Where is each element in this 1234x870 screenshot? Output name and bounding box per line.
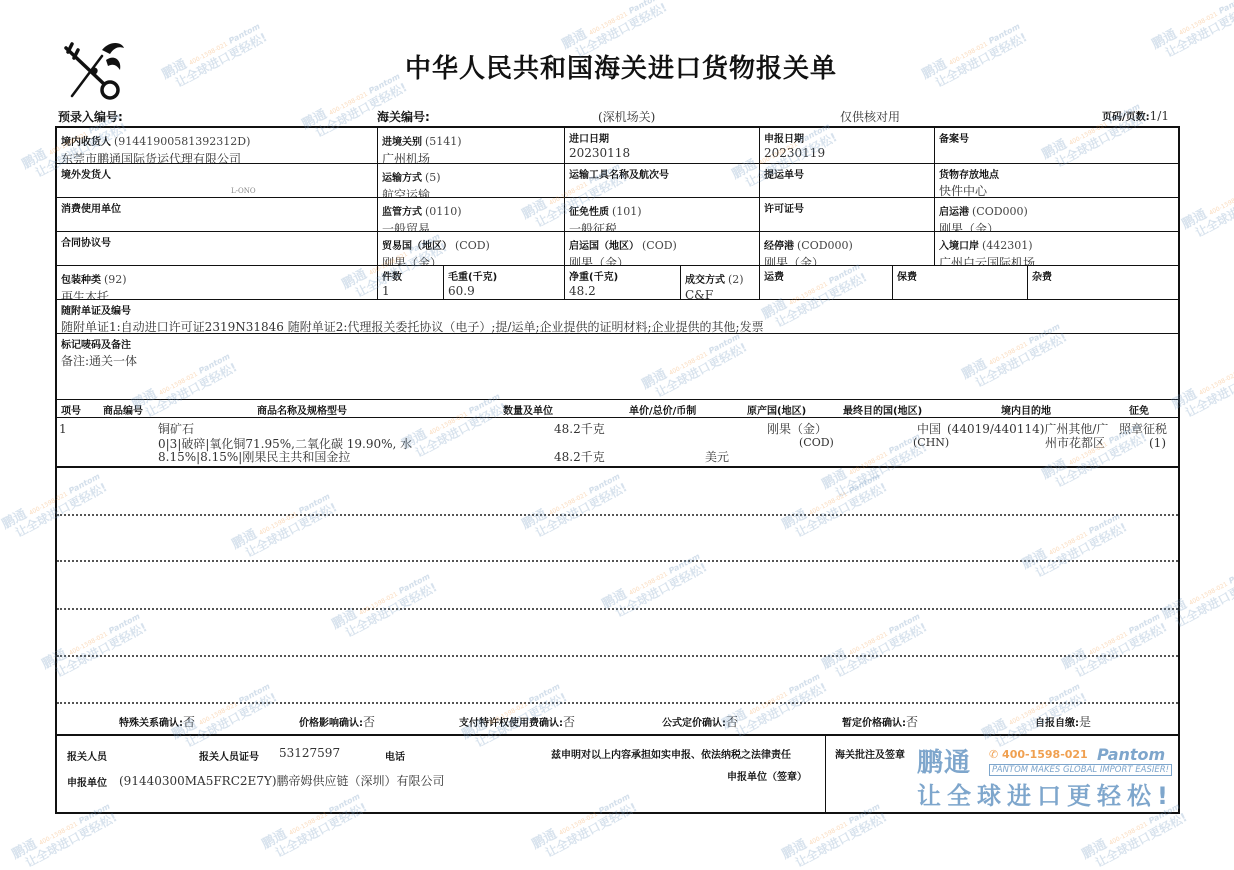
declaration-form: 境内收货人(91441900581392312D) 东莞市鹏通国际货运代理有限公…	[55, 126, 1180, 814]
empty-row-divider	[57, 608, 1178, 610]
levy-nature-cell: 征免性质(101) 一般征税	[565, 198, 760, 232]
goods-row-divider	[57, 466, 1178, 468]
confirm-provisional-price: 暂定价格确认:否	[842, 713, 918, 730]
contract-no-cell: 合同协议号	[57, 232, 378, 266]
declaring-unit-label: 申报单位	[67, 774, 107, 789]
declarant-cert-value: 53127597	[279, 746, 340, 760]
watermark: 鹏通400-1598-021Pantom让全球进口更轻松!	[160, 19, 269, 93]
declare-date-cell: 申报日期 20230119	[760, 128, 935, 164]
watermark: 鹏通400-1598-021Pantom让全球进口更轻松!	[1180, 169, 1234, 243]
phone-label: 电话	[385, 748, 405, 763]
col-levy: 征免	[1129, 402, 1149, 417]
brand-name: 鹏通	[917, 742, 971, 779]
net-weight-cell: 净重(千克) 48.2	[565, 266, 681, 300]
storage-place-cell: 货物存放地点 快件中心	[935, 164, 1178, 198]
sign-label: 申报单位（签章）	[727, 768, 807, 783]
package-type-cell: 包装种类(92) 再生木托	[57, 266, 378, 300]
col-origin: 原产国(地区)	[747, 402, 806, 417]
col-item-no: 项号	[61, 402, 81, 417]
departure-country-cell: 启运国（地区）(COD) 刚果（金）	[565, 232, 760, 266]
col-hs-code: 商品编号	[103, 402, 143, 417]
declarant-cert-label: 报关人员证号	[199, 748, 259, 763]
supervision-mode-cell: 监管方式(0110) 一般贸易	[378, 198, 565, 232]
pieces-cell: 件数 1	[378, 266, 444, 300]
transport-name-cell: 运输工具名称及航次号	[565, 164, 760, 198]
footer-divider	[57, 734, 1178, 736]
transport-mode-cell: 运输方式(5) 航空运输	[378, 164, 565, 198]
customs-office: (深机场关)	[598, 108, 655, 125]
verification-note: 仅供核对用	[840, 108, 900, 125]
phone-icon: ✆	[989, 748, 1002, 761]
customs-approval-label: 海关批注及签章	[835, 746, 905, 761]
marks-remarks-cell: 标记唛码及备注 备注:通关一体	[57, 334, 1178, 400]
col-name-spec: 商品名称及规格型号	[257, 402, 347, 417]
attached-docs-cell: 随附单证及编号 随附单证1:自动进口许可证2319N31846 随附单证2:代理…	[57, 300, 1178, 334]
page-label: 页码/页数:	[1102, 112, 1150, 123]
entry-port-cell: 入境口岸(442301) 广州白云国际机场	[935, 232, 1178, 266]
insurance-cell: 保费	[893, 266, 1028, 300]
consignee-value: 东莞市鹏通国际货运代理有限公司	[61, 150, 373, 164]
page-value: 1/1	[1150, 109, 1169, 123]
brand-tagline: PANTOM MAKES GLOBAL IMPORT EASIER!	[989, 764, 1172, 776]
watermark: 鹏通400-1598-021Pantom让全球进口更轻松!	[1150, 0, 1234, 63]
consumer-unit-cell: 消费使用单位	[57, 198, 378, 232]
confirm-price-influence: 价格影响确认:否	[299, 713, 375, 730]
transit-port-cell: 经停港(COD000) 刚果（金）	[760, 232, 935, 266]
footer-vertical-divider	[825, 734, 826, 814]
import-date-cell: 进口日期 20230118	[565, 128, 760, 164]
watermark: 鹏通400-1598-021Pantom让全球进口更轻松!	[920, 19, 1029, 93]
pre-entry-no-label: 预录入编号:	[58, 108, 123, 125]
legal-statement: 兹申明对以上内容承担如实申报、依法纳税之法律责任	[551, 746, 791, 761]
freight-cell: 运费	[760, 266, 893, 300]
record-no-cell: 备案号	[935, 128, 1178, 164]
license-no-cell: 许可证号	[760, 198, 935, 232]
entry-customs-cell: 进境关别(5141) 广州机场	[378, 128, 565, 164]
empty-row-divider	[57, 514, 1178, 516]
consignee-cell: 境内收货人(91441900581392312D) 东莞市鹏通国际货运代理有限公…	[57, 128, 378, 164]
page-indicator: 页码/页数:1/1	[1102, 108, 1169, 123]
departure-port-cell: 启运港(COD000) 刚果（金）	[935, 198, 1178, 232]
empty-row-divider	[57, 702, 1178, 704]
bill-of-lading-cell: 提运单号	[760, 164, 935, 198]
brand-slogan: 让全球进口更轻松!	[917, 776, 1174, 811]
col-quantity: 数量及单位	[503, 402, 553, 417]
misc-fee-cell: 杂费	[1028, 266, 1178, 300]
confirm-formula-pricing: 公式定价确认:否	[662, 713, 738, 730]
goods-header-divider	[57, 417, 1178, 418]
confirm-royalty: 支付特许权使用费确认:否	[459, 713, 575, 730]
empty-row-divider	[57, 560, 1178, 562]
overseas-shipper-cell: 境外发货人 L-ONO	[57, 164, 378, 198]
gross-weight-cell: 毛重(千克) 60.9	[444, 266, 565, 300]
confirm-self-declare: 自报自缴:是	[1035, 713, 1091, 730]
declarant-label: 报关人员	[67, 748, 107, 763]
col-price: 单价/总价/币制	[629, 402, 696, 417]
trade-country-cell: 贸易国（地区）(COD) 刚果（金）	[378, 232, 565, 266]
empty-row-divider	[57, 655, 1178, 657]
brand-phone: ✆ 400-1598-021	[989, 748, 1088, 761]
document-title: 中华人民共和国海关进口货物报关单	[405, 48, 837, 85]
brand-english: Pantom	[1097, 745, 1165, 764]
customs-no-label: 海关编号:	[377, 108, 430, 125]
col-final-dest: 最终目的国(地区)	[843, 402, 922, 417]
brand-stamp: 鹏通 ✆ 400-1598-021 Pantom PANTOM MAKES GL…	[917, 742, 1179, 812]
confirm-special-relation: 特殊关系确认:否	[119, 713, 195, 730]
customs-emblem-icon	[58, 38, 128, 102]
trade-terms-cell: 成交方式(2) C&F	[681, 266, 760, 300]
declaring-unit-value: (91440300MA5FRC2E7Y)鹏帝姆供应链（深圳）有限公司	[119, 772, 445, 789]
col-domestic-dest: 境内目的地	[1001, 402, 1051, 417]
